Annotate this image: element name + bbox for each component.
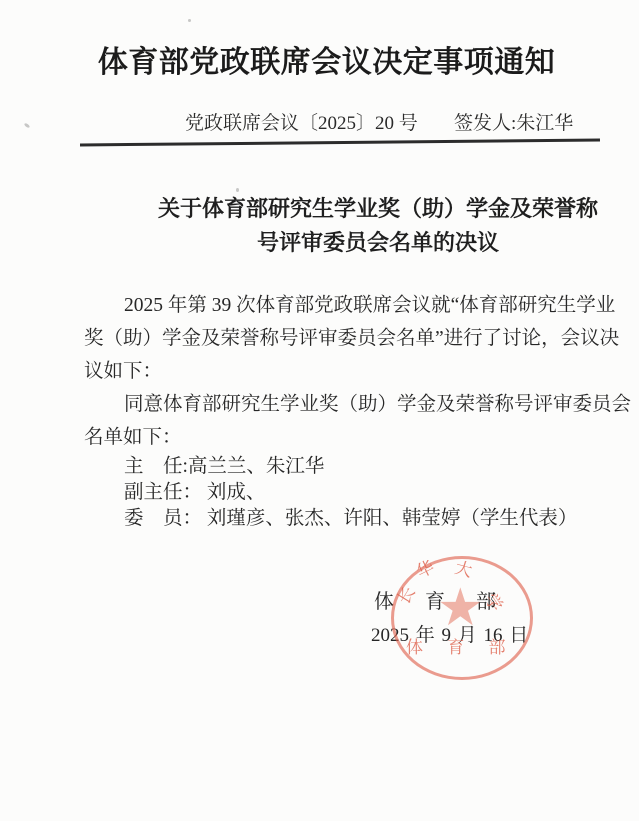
body-text: 2025 年第 39 次体育部党政联席会议就“体育部研究生学业 奖（助）学金及荣… [84, 289, 609, 532]
body-line: 名单如下： [84, 421, 609, 454]
body-line: 同意体育部研究生学业奖（助）学金及荣誉称号评审委员会 [84, 388, 609, 421]
document-number: 党政联席会议〔2025〕20 号 [185, 108, 418, 135]
issuer-name: 签发人:朱江华 [454, 108, 573, 135]
subtitle-line-2: 号评审委员会名单的决议 [118, 226, 638, 260]
body-line: 议如下： [84, 355, 609, 388]
committee-deputy-director-line: 副主任： 刘成、 [84, 480, 609, 506]
scanned-document-page: 体育部党政联席会议决定事项通知 党政联席会议〔2025〕20 号 签发人:朱江华… [0, 0, 639, 821]
scan-speck [236, 188, 239, 192]
header-divider-line [80, 139, 600, 147]
body-line: 奖（助）学金及荣誉称号评审委员会名单”进行了讨论，会议决 [84, 322, 609, 355]
scan-speck [188, 19, 191, 22]
committee-members-line: 委 员： 刘瑾彦、张杰、许阳、韩莹婷（学生代表） [84, 506, 609, 532]
scan-speck [24, 123, 31, 129]
document-title: 体育部党政联席会议决定事项通知 [7, 37, 639, 81]
body-line: 2025 年第 39 次体育部党政联席会议就“体育部研究生学业 [84, 289, 609, 322]
subtitle-line-1: 关于体育部研究生学业奖（助）学金及荣誉称 [118, 192, 638, 226]
seal-bottom-text: 体 育 部 [406, 633, 512, 658]
committee-director-line: 主 任:高兰兰、朱江华 [84, 454, 609, 480]
seal-star-icon: ★ [437, 583, 484, 635]
decision-subtitle: 关于体育部研究生学业奖（助）学金及荣誉称 号评审委员会名单的决议 [118, 192, 638, 260]
